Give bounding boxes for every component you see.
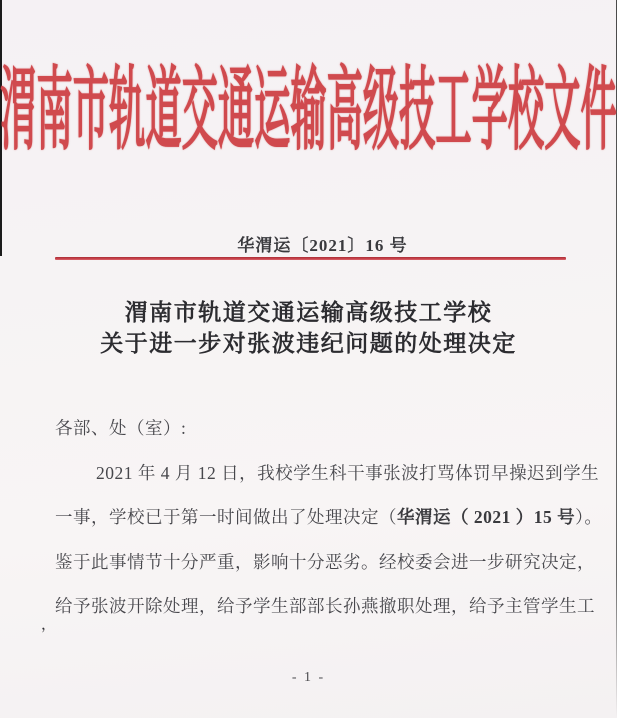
- paragraph-line-2-text: 一事，学校已于第一时间做出了处理决定（: [55, 507, 397, 527]
- document-title: 渭南市轨道交通运输高级技工学校 关于进一步对张波违纪问题的处理决定: [0, 297, 617, 359]
- paragraph-line-3: 鉴于此事情节十分严重，影响十分恶劣。经校委会进一步研究决定，: [55, 540, 577, 585]
- letterhead-title: 渭南市轨道交通运输高级技工学校文件: [0, 36, 616, 168]
- document-title-line1: 渭南市轨道交通运输高级技工学校: [0, 297, 617, 328]
- scanned-official-document-page: 渭南市轨道交通运输高级技工学校文件 华渭运〔2021〕16 号 渭南市轨道交通运…: [0, 0, 617, 718]
- document-title-line2: 关于进一步对张波违纪问题的处理决定: [0, 328, 617, 359]
- document-reference-number: 华渭运〔2021〕16 号: [14, 231, 617, 256]
- scan-stray-mark: ，: [41, 613, 56, 634]
- paragraph-line-2: 一事，学校已于第一时间做出了处理决定（华渭运（ 2021 ）15 号）。: [55, 495, 577, 540]
- paragraph-line-2-closing: ）。: [575, 507, 602, 527]
- salutation: 各部、处（室）:: [55, 406, 577, 451]
- document-body: 各部、处（室）: 2021 年 4 月 12 日，我校学生科干事张波打骂体罚早操…: [55, 406, 577, 629]
- red-letterhead-banner: 渭南市轨道交通运输高级技工学校文件: [0, 52, 617, 152]
- red-divider-line: [55, 257, 566, 260]
- referenced-document-number: 华渭运（ 2021 ）15 号: [397, 507, 575, 527]
- paragraph-line-1: 2021 年 4 月 12 日，我校学生科干事张波打骂体罚早操迟到学生: [55, 451, 577, 496]
- page-number: - 1 -: [0, 670, 617, 686]
- paragraph-line-4: 给予张波开除处理，给予学生部部长孙燕撤职处理，给予主管学生工: [55, 584, 577, 629]
